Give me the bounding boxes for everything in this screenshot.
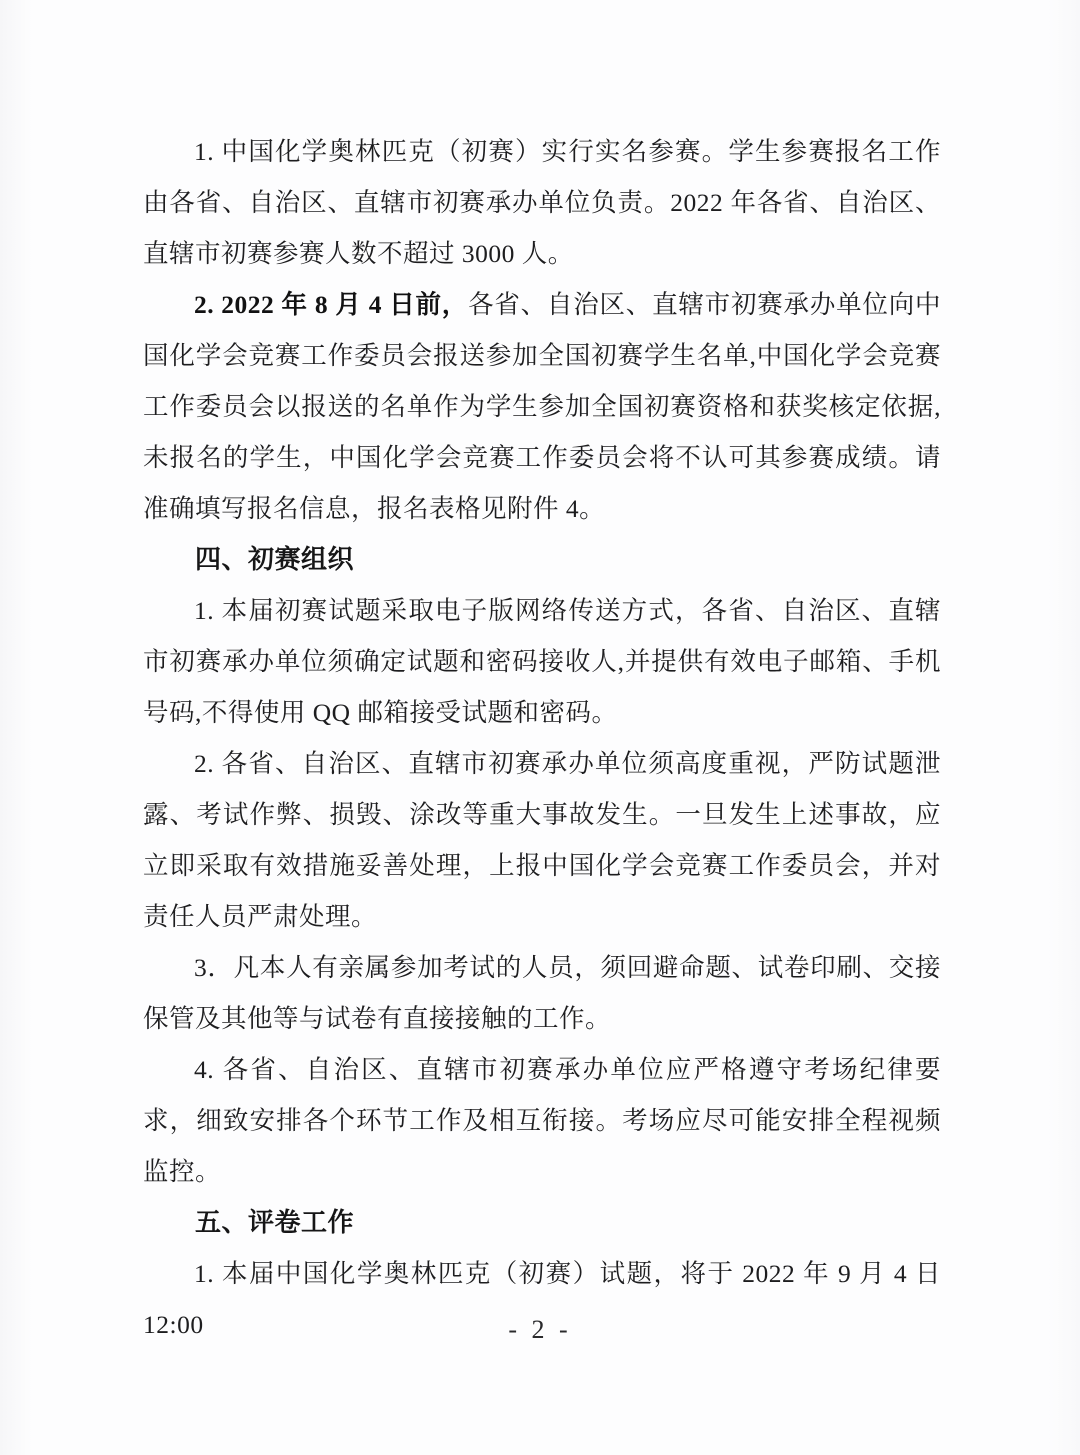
- paragraph-registration-1: 1. 中国化学奥林匹克（初赛）实行实名参赛。学生参赛报名工作由各省、自治区、直辖…: [143, 126, 941, 279]
- section-heading-preliminary-organization: 四、初赛组织: [143, 534, 941, 585]
- document-body: 1. 中国化学奥林匹克（初赛）实行实名参赛。学生参赛报名工作由各省、自治区、直辖…: [143, 126, 941, 1350]
- paragraph-registration-2: 2. 2022 年 8 月 4 日前，各省、自治区、直辖市初赛承办单位向中国化学…: [143, 279, 941, 534]
- section-heading-grading-work: 五、评卷工作: [143, 1197, 941, 1248]
- paragraph-organization-2: 2. 各省、自治区、直辖市初赛承办单位须高度重视，严防试题泄露、考试作弊、损毁、…: [143, 738, 941, 942]
- document-page: 1. 中国化学奥林匹克（初赛）实行实名参赛。学生参赛报名工作由各省、自治区、直辖…: [0, 0, 1080, 1455]
- page-number: - 2 -: [0, 1315, 1080, 1345]
- paragraph-organization-1: 1. 本届初赛试题采取电子版网络传送方式，各省、自治区、直辖市初赛承办单位须确定…: [143, 585, 941, 738]
- paragraph-registration-2-rest: 各省、自治区、直辖市初赛承办单位向中国化学会竞赛工作委员会报送参加全国初赛学生名…: [143, 290, 941, 523]
- deadline-bold-text: 2. 2022 年 8 月 4 日前，: [194, 290, 468, 319]
- paragraph-organization-3: 3．凡本人有亲属参加考试的人员，须回避命题、试卷印刷、交接保管及其他等与试卷有直…: [143, 942, 941, 1044]
- paragraph-organization-4: 4. 各省、自治区、直辖市初赛承办单位应严格遵守考场纪律要求，细致安排各个环节工…: [143, 1044, 941, 1197]
